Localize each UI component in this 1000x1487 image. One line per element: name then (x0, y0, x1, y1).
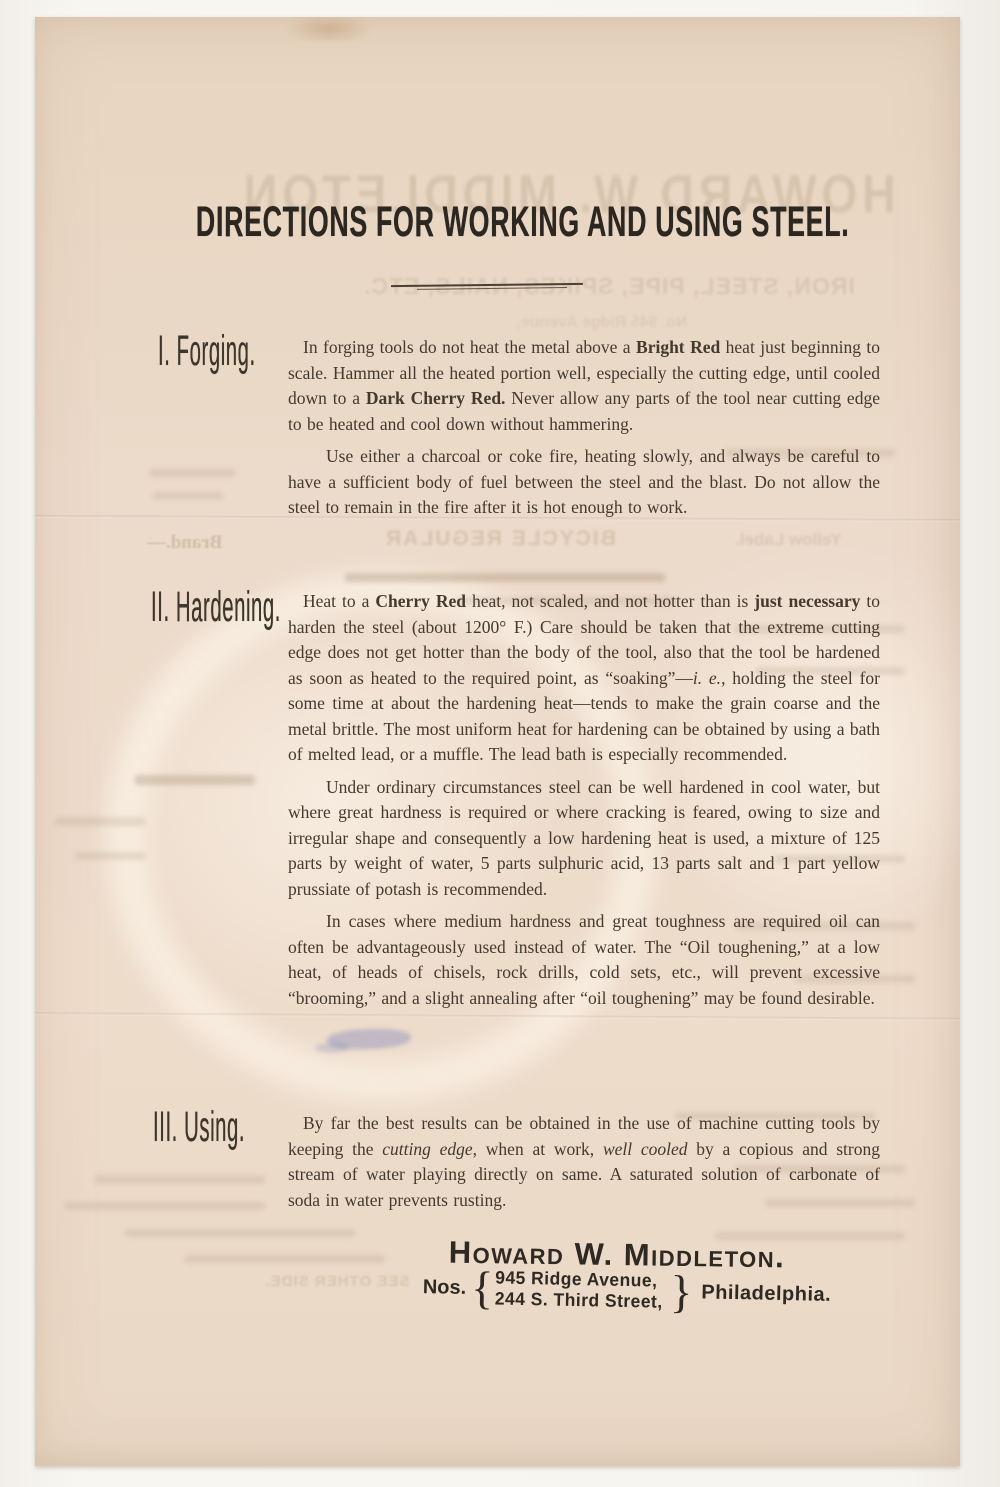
printed-content: DIRECTIONS FOR WORKING AND USING STEEL. … (35, 17, 960, 1466)
paragraph: Heat to a Cherry Red heat, not scaled, a… (288, 589, 880, 768)
section-using-text: By far the best results can be obtained … (288, 1111, 880, 1220)
scan-background: HOWARD W. MIDDLETON IRON, STEEL, PIPE, S… (0, 0, 1000, 1487)
document-page: HOWARD W. MIDDLETON IRON, STEEL, PIPE, S… (35, 17, 960, 1466)
title-divider (391, 283, 583, 290)
brace-left: { (471, 1266, 494, 1310)
address-nos-label: Nos. (423, 1276, 467, 1300)
ink-smudge-small (315, 1043, 349, 1053)
address-line-2: 244 S. Third Street, (495, 1288, 663, 1312)
address-block: Nos. { 945 Ridge Avenue, 244 S. Third St… (347, 1264, 908, 1319)
section-label-forging: I. Forging. (158, 327, 256, 376)
section-forging-text: In forging tools do not heat the metal a… (288, 335, 880, 528)
paragraph: Use either a charcoal or coke fire, heat… (288, 444, 880, 521)
paragraph: By far the best results can be obtained … (288, 1111, 880, 1213)
address-city: Philadelphia. (701, 1281, 831, 1306)
paragraph: In cases where medium hardness and great… (288, 909, 880, 1011)
section-hardening-text: Heat to a Cherry Red heat, not scaled, a… (288, 589, 880, 1018)
section-label-hardening: II. Hardening. (151, 583, 281, 632)
section-label-using: III. Using. (153, 1103, 245, 1152)
brace-right: } (670, 1270, 693, 1314)
page-title: DIRECTIONS FOR WORKING AND USING STEEL. (35, 201, 960, 243)
paragraph: Under ordinary circumstances steel can b… (288, 775, 880, 903)
address-lines: 945 Ridge Avenue, 244 S. Third Street, (495, 1267, 669, 1312)
paragraph: In forging tools do not heat the metal a… (288, 335, 880, 437)
